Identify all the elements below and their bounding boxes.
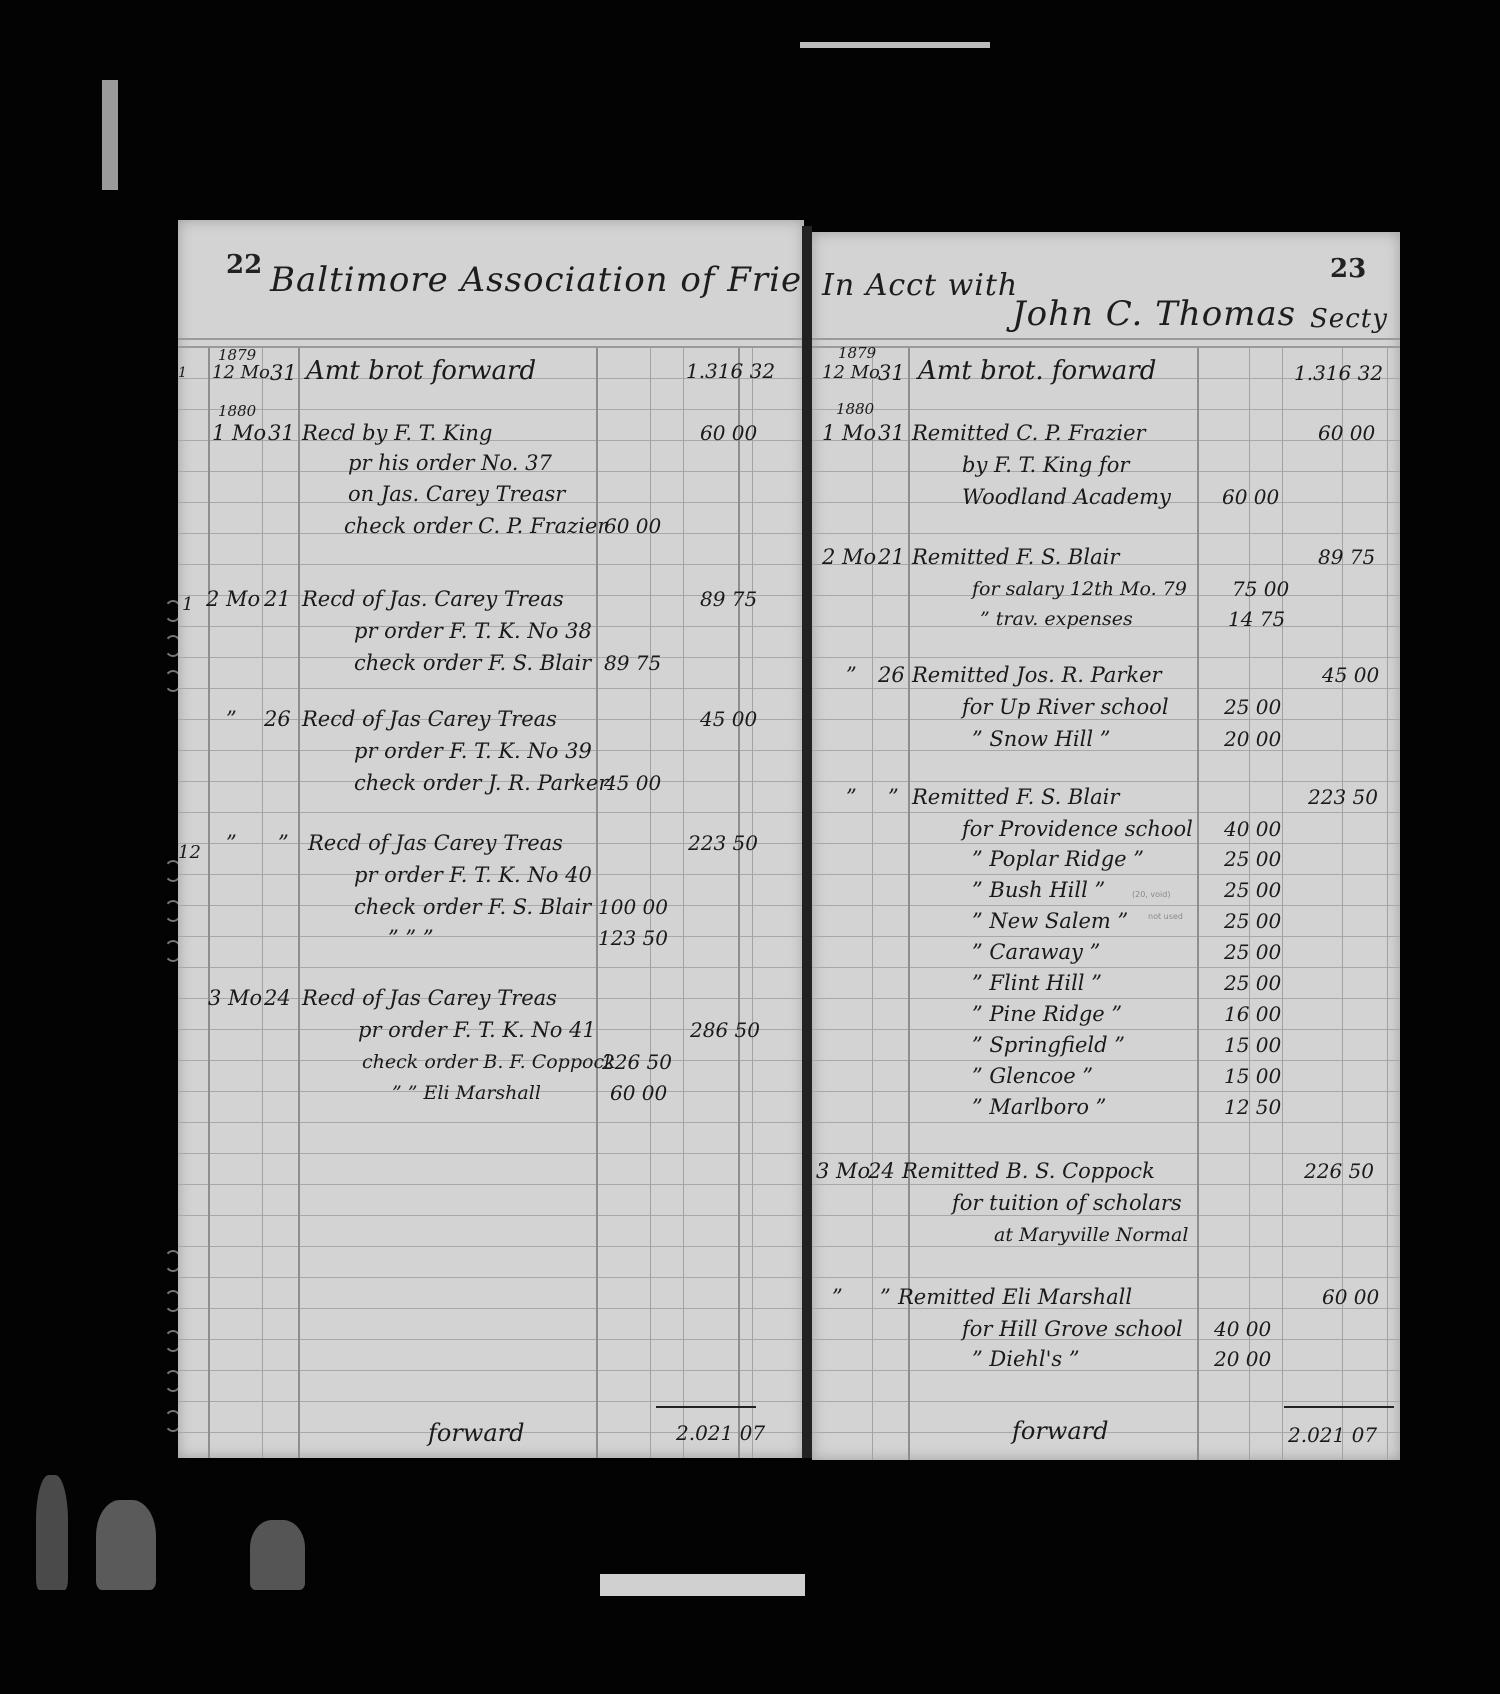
entry-sub-amount: 20 00 xyxy=(1214,1346,1271,1372)
entry-month: ” xyxy=(226,706,237,732)
entry-total: 1.316 32 xyxy=(1294,360,1383,386)
margin-mark: 12 xyxy=(178,840,201,866)
entry-day: 26 xyxy=(878,662,905,688)
entry-description-line: check order F. S. Blair xyxy=(354,650,591,676)
footer-total: 2.021 07 xyxy=(676,1420,765,1446)
entry-month: 12 Mo xyxy=(212,360,270,386)
entry-description-line: check order F. S. Blair xyxy=(354,894,591,920)
entry-sub-amount: 25 00 xyxy=(1224,694,1281,720)
entry-day: 31 xyxy=(270,360,297,386)
entry-description-line: ” Snow Hill ” xyxy=(972,726,1111,752)
entry-total: 60 00 xyxy=(700,420,757,446)
entry-description-line: Remitted Eli Marshall xyxy=(898,1284,1132,1310)
entry-sub-amount: 14 75 xyxy=(1228,606,1285,632)
entry-sub-amount: 123 50 xyxy=(598,925,668,951)
entry-sub-amount: 20 00 xyxy=(1224,726,1281,752)
entry-description-line: pr order F. T. K. No 40 xyxy=(354,862,592,888)
entry-sub-amount: 45 00 xyxy=(604,770,661,796)
entry-sub-amount: 25 00 xyxy=(1224,846,1281,872)
entry-month: 1 Mo xyxy=(822,420,876,446)
entry-description-line: Recd by F. T. King xyxy=(302,420,492,446)
entry-description-line: pr his order No. 37 xyxy=(348,450,552,476)
book-spine xyxy=(802,226,812,1458)
entry-sub-amount: 25 00 xyxy=(1224,970,1281,996)
entry-description-line: Woodland Academy xyxy=(962,484,1171,510)
entry-total: 89 75 xyxy=(1318,544,1375,570)
entry-day: ” xyxy=(888,784,899,810)
entry-sub-amount: 40 00 xyxy=(1214,1316,1271,1342)
entry-description-line: ” Marlboro ” xyxy=(972,1094,1106,1120)
entry-sub-amount: 25 00 xyxy=(1224,877,1281,903)
page-number: 22 xyxy=(226,250,262,280)
entry-sub-amount: 40 00 xyxy=(1224,816,1281,842)
entry-description-line: on Jas. Carey Treasr xyxy=(348,481,565,507)
entry-total: 1.316 32 xyxy=(686,358,775,384)
entry-day: 26 xyxy=(264,706,291,732)
entry-sub-amount: 25 00 xyxy=(1224,908,1281,934)
footer-total: 2.021 07 xyxy=(1288,1422,1377,1448)
entry-description-line: Recd of Jas. Carey Treas xyxy=(302,586,564,612)
entry-description-line: ” Diehl's ” xyxy=(972,1346,1080,1372)
entry-description-line: for salary 12th Mo. 79 xyxy=(972,576,1187,602)
margin-mark: 1 xyxy=(178,360,187,386)
entry-total: 223 50 xyxy=(1308,784,1378,810)
entry-description-line: Recd of Jas Carey Treas xyxy=(308,830,563,856)
page-number: 23 xyxy=(1330,254,1366,284)
entry-description-line: ” Springfield ” xyxy=(972,1032,1125,1058)
entry-total: 226 50 xyxy=(1304,1158,1374,1184)
entry-sub-amount: 60 00 xyxy=(610,1080,667,1106)
clip-shadow xyxy=(96,1500,156,1590)
page-heading: In Acct with xyxy=(822,268,1018,303)
entry-month: 1 Mo xyxy=(212,420,266,446)
entry-month: 3 Mo xyxy=(208,985,262,1011)
entry-sub-amount: 89 75 xyxy=(604,650,661,676)
account-holder-title: Secty xyxy=(1310,304,1388,334)
entry-day: 21 xyxy=(264,586,291,612)
entry-description-line: Remitted B. S. Coppock xyxy=(902,1158,1155,1184)
margin-mark: 1 xyxy=(182,592,193,618)
page-heading: Baltimore Association of Friends xyxy=(270,260,804,300)
entry-description-line: check order C. P. Frazier xyxy=(344,513,607,539)
entry-sub-amount: 12 50 xyxy=(1224,1094,1281,1120)
entry-day: 24 xyxy=(264,985,291,1011)
entry-description-line: pr order F. T. K. No 38 xyxy=(354,618,592,644)
entry-description-line: ” Pine Ridge ” xyxy=(972,1001,1122,1027)
entry-description: Amt brot. forward xyxy=(918,358,1156,384)
entry-description: Amt brot forward xyxy=(306,358,536,384)
ledger-page-left: 22 Baltimore Association of Friends 1 1 … xyxy=(178,220,804,1458)
entry-total: 60 00 xyxy=(1322,1284,1379,1310)
entry-month: 2 Mo xyxy=(206,586,260,612)
entry-description-line: for Up River school xyxy=(962,694,1169,720)
entry-description-line: for tuition of scholars xyxy=(952,1190,1182,1216)
entry-description-line: Remitted Jos. R. Parker xyxy=(912,662,1162,688)
entry-month: ” xyxy=(226,830,237,856)
entry-sub-amount: 226 50 xyxy=(602,1049,672,1075)
entry-total: 223 50 xyxy=(688,830,758,856)
footer-label: forward xyxy=(428,1420,525,1446)
entry-description-line: ” Flint Hill ” xyxy=(972,970,1102,996)
film-edge-scrap xyxy=(102,80,118,190)
entry-total: 45 00 xyxy=(700,706,757,732)
clip-shadow xyxy=(36,1475,68,1590)
entry-description-line: ” Bush Hill ” xyxy=(972,877,1105,903)
entry-description-line: ” trav. expenses xyxy=(980,606,1133,632)
entry-description-line: ” ” Eli Marshall xyxy=(392,1080,541,1106)
entry-sub-amount: 60 00 xyxy=(604,513,661,539)
entry-description-line: pr order F. T. K. No 41 xyxy=(358,1017,596,1043)
entry-sub-amount: 75 00 xyxy=(1232,576,1289,602)
film-edge-scrap xyxy=(600,1574,805,1596)
entry-day: ” xyxy=(278,830,289,856)
clip-shadow xyxy=(250,1520,305,1590)
entry-description-line: ” New Salem ” xyxy=(972,908,1128,934)
entry-description-line: Remitted C. P. Frazier xyxy=(912,420,1146,446)
entry-description-line: for Hill Grove school xyxy=(962,1316,1183,1342)
entry-description-line: Recd of Jas Carey Treas xyxy=(302,985,557,1011)
entry-day: 21 xyxy=(878,544,905,570)
entry-month: 12 Mo xyxy=(822,360,880,386)
entry-sub-amount: 60 00 xyxy=(1222,484,1279,510)
entry-total: 45 00 xyxy=(1322,662,1379,688)
entry-description-line: ” Poplar Ridge ” xyxy=(972,846,1144,872)
entry-sub-amount: 15 00 xyxy=(1224,1032,1281,1058)
total-rule xyxy=(656,1406,756,1408)
entry-month: 3 Mo xyxy=(816,1158,870,1184)
entry-description-line: at Maryville Normal xyxy=(994,1222,1188,1248)
entry-day: 31 xyxy=(878,360,905,386)
entry-day: ” xyxy=(880,1284,891,1310)
entry-total: 286 50 xyxy=(690,1017,760,1043)
film-edge-scrap xyxy=(800,42,990,48)
ledger-page-right: In Acct with John C. Thomas Secty 23 187… xyxy=(812,232,1400,1460)
pencil-annotation: not used xyxy=(1148,912,1183,921)
total-rule xyxy=(1284,1406,1394,1408)
entry-description-line: ” Glencoe ” xyxy=(972,1063,1093,1089)
entry-month: ” xyxy=(846,662,857,688)
entry-month: ” xyxy=(846,784,857,810)
entry-sub-amount: 15 00 xyxy=(1224,1063,1281,1089)
pencil-annotation: (20, void) xyxy=(1132,890,1170,899)
entry-sub-amount: 16 00 xyxy=(1224,1001,1281,1027)
footer-label: forward xyxy=(1012,1418,1109,1444)
entry-month: 2 Mo xyxy=(822,544,876,570)
entry-description-line: Recd of Jas Carey Treas xyxy=(302,706,557,732)
entry-description-line: check order J. R. Parker xyxy=(354,770,608,796)
entry-total: 89 75 xyxy=(700,586,757,612)
entry-month: ” xyxy=(832,1284,843,1310)
entry-description-line: check order B. F. Coppock xyxy=(362,1049,616,1075)
entry-description-line: Remitted F. S. Blair xyxy=(912,544,1119,570)
entry-total: 60 00 xyxy=(1318,420,1375,446)
entry-day: 31 xyxy=(268,420,295,446)
entry-day: 31 xyxy=(878,420,905,446)
account-holder-name: John C. Thomas xyxy=(1012,294,1296,334)
entry-sub-amount: 25 00 xyxy=(1224,939,1281,965)
entry-description-line: ” ” ” xyxy=(388,925,434,951)
entry-description-line: Remitted F. S. Blair xyxy=(912,784,1119,810)
entry-day: 24 xyxy=(868,1158,895,1184)
entry-description-line: by F. T. King for xyxy=(962,452,1129,478)
entry-description-line: ” Caraway ” xyxy=(972,939,1100,965)
entry-description-line: pr order F. T. K. No 39 xyxy=(354,738,592,764)
entry-sub-amount: 100 00 xyxy=(598,894,668,920)
entry-year: 1880 xyxy=(836,396,874,422)
entry-description-line: for Providence school xyxy=(962,816,1193,842)
